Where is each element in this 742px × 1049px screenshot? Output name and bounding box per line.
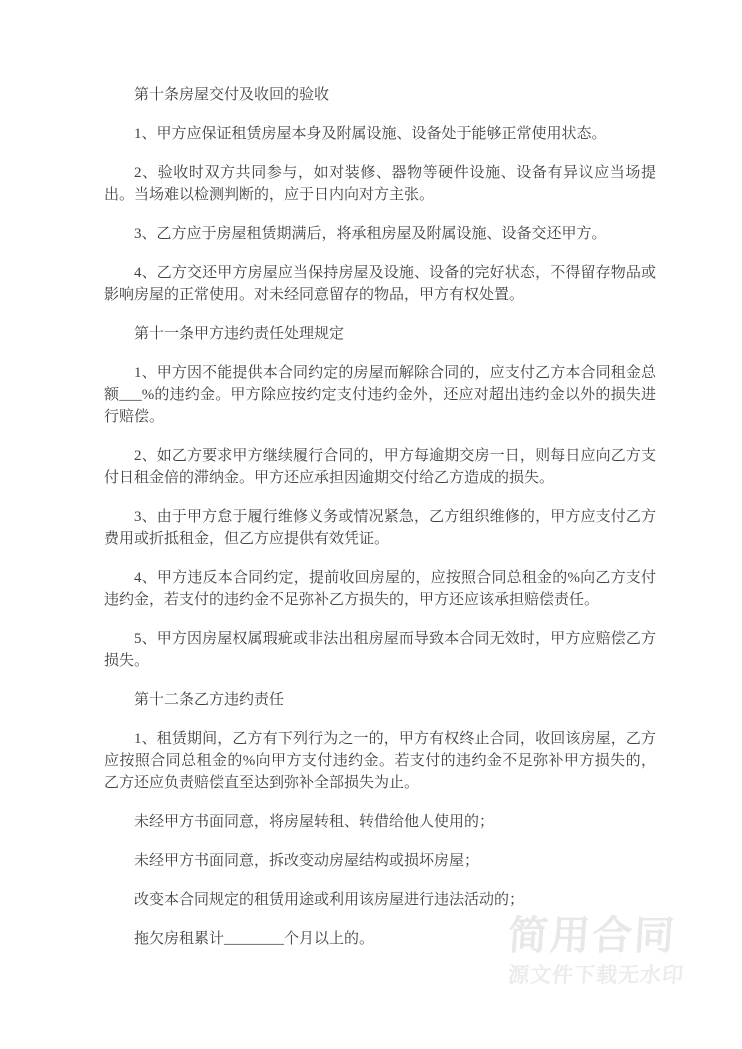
clause-paragraph: 4、乙方交还甲方房屋应当保持房屋及设施、设备的完好状态，不得留存物品或影响房屋的… [104, 262, 656, 306]
clause-paragraph: 未经甲方书面同意，将房屋转租、转借给他人使用的； [104, 811, 656, 833]
clause-paragraph: 5、甲方因房屋权属瑕疵或非法出租房屋而导致本合同无效时，甲方应赔偿乙方损失。 [104, 628, 656, 672]
clause-paragraph: 3、由于甲方怠于履行维修义务或情况紧急，乙方组织维修的，甲方应支付乙方费用或折抵… [104, 506, 656, 550]
clause-paragraph: 1、租赁期间，乙方有下列行为之一的，甲方有权终止合同，收回该房屋，乙方应按照合同… [104, 728, 656, 794]
clause-paragraph: 未经甲方书面同意，拆改变动房屋结构或损坏房屋； [104, 850, 656, 872]
watermark-subtitle: 源文件下载无水印 [507, 964, 719, 988]
contract-body: 第十条房屋交付及收回的验收1、甲方应保证租赁房屋本身及附属设施、设备处于能够正常… [104, 84, 656, 967]
clause-heading: 第十一条甲方违约责任处理规定 [104, 323, 656, 345]
clause-paragraph: 拖欠房租累计________个月以上的。 [104, 928, 656, 950]
clause-paragraph: 1、甲方因不能提供本合同约定的房屋而解除合同的，应支付乙方本合同租金总额___%… [104, 362, 656, 428]
clause-paragraph: 1、甲方应保证租赁房屋本身及附属设施、设备处于能够正常使用状态。 [104, 123, 656, 145]
clause-paragraph: 3、乙方应于房屋租赁期满后，将承租房屋及附属设施、设备交还甲方。 [104, 223, 656, 245]
clause-paragraph: 2、如乙方要求甲方继续履行合同的，甲方每逾期交房一日，则每日应向乙方支付日租金倍… [104, 445, 656, 489]
document-page: 第十条房屋交付及收回的验收1、甲方应保证租赁房屋本身及附属设施、设备处于能够正常… [0, 0, 742, 1049]
clause-paragraph: 改变本合同规定的租赁用途或利用该房屋进行违法活动的； [104, 889, 656, 911]
clause-heading: 第十二条乙方违约责任 [104, 689, 656, 711]
clause-paragraph: 4、甲方违反本合同约定，提前收回房屋的，应按照合同总租金的%向乙方支付违约金，若… [104, 567, 656, 611]
clause-heading: 第十条房屋交付及收回的验收 [104, 84, 656, 106]
clause-paragraph: 2、验收时双方共同参与，如对装修、器物等硬件设施、设备有异议应当场提出。当场难以… [104, 162, 656, 206]
